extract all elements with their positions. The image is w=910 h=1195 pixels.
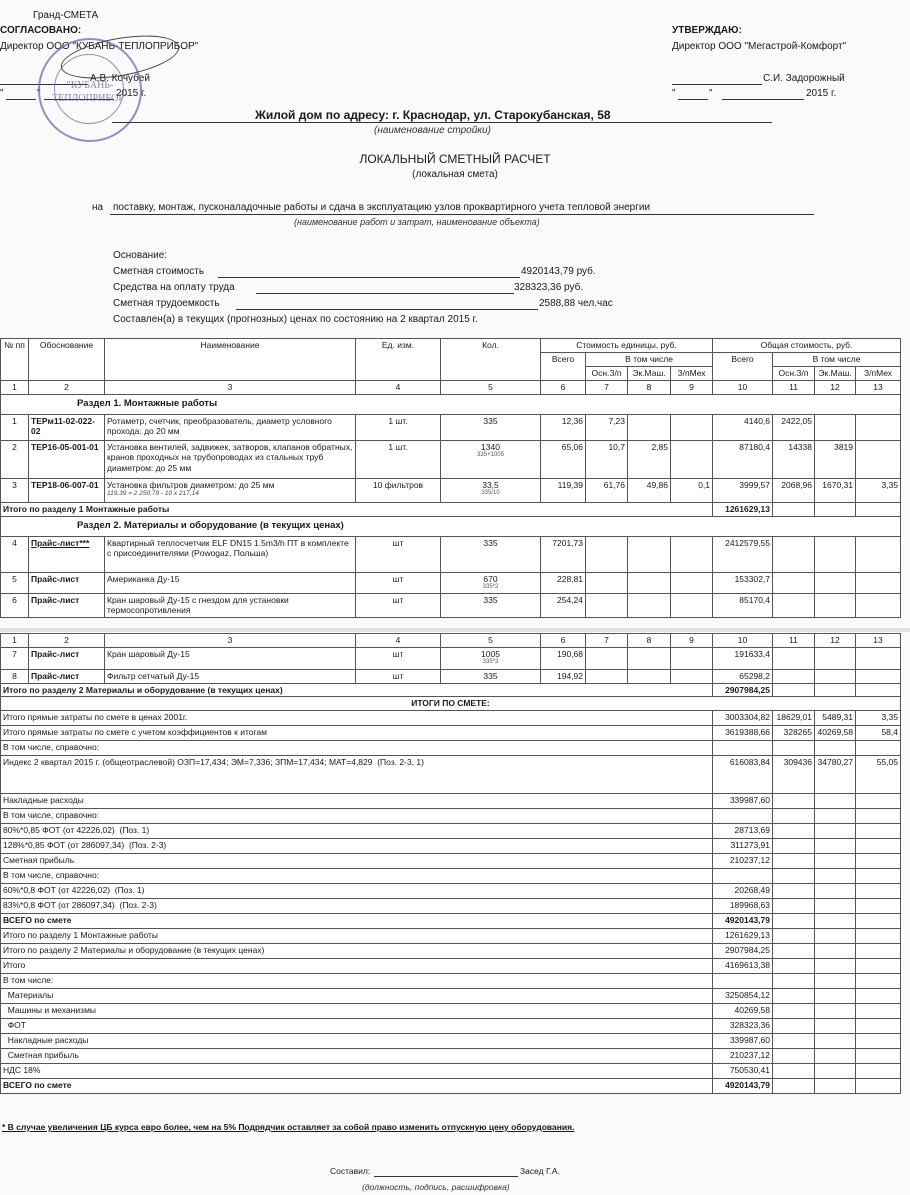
summary-c12 <box>815 899 856 914</box>
row-unit: шт <box>356 536 441 572</box>
summary-c10: 616083,84 <box>713 756 773 794</box>
row-qty-formula: 335*3 <box>443 659 538 667</box>
prices-note: Составлен(а) в текущих (прогнозных) цена… <box>113 314 478 325</box>
row-c6: 190,68 <box>541 647 586 669</box>
row-name: Установка вентилей, задвижек, затворов, … <box>105 440 356 478</box>
header-total-ek-mash: Эк.Маш. <box>815 367 856 381</box>
summary-c13 <box>856 1064 901 1079</box>
summary-c10: 189968,63 <box>713 899 773 914</box>
summary-c11 <box>773 839 815 854</box>
summary-row: ВСЕГО по смете4920143,79 <box>1 914 901 929</box>
column-number: 12 <box>815 634 856 648</box>
row-c12: 3819 <box>815 440 856 478</box>
summary-c12: 34780,27 <box>815 756 856 794</box>
row-qty-value: 335 <box>483 416 497 426</box>
summary-title: ИТОГИ ПО СМЕТЕ: <box>1 697 901 711</box>
agreed-date-quote-open: " <box>0 88 4 99</box>
summary-c12 <box>815 884 856 899</box>
header-total-cost: Общая стоимость, руб. <box>713 339 901 353</box>
stamp-text-line-2: ТЕПЛОПРИБОР" <box>48 93 132 104</box>
labor-label: Сметная трудоемкость <box>113 298 220 309</box>
section-2-total-row: Итого по разделу 2 Материалы и оборудова… <box>1 683 901 697</box>
approve-signature-line <box>672 84 762 85</box>
summary-c13 <box>856 854 901 869</box>
section-2-total-value: 2907984,25 <box>713 683 773 697</box>
row-qty-value: 335 <box>483 595 497 605</box>
column-number: 7 <box>586 634 628 648</box>
summary-c12 <box>815 869 856 884</box>
summary-c12 <box>815 839 856 854</box>
summary-label: Сметная прибыль <box>1 1049 713 1064</box>
empty-cell <box>773 536 815 572</box>
work-prefix: на <box>92 202 103 213</box>
labor-value: 2588,88 чел.час <box>539 298 613 309</box>
row-c6: 194,92 <box>541 669 586 683</box>
summary-row: Индекс 2 квартал 2015 г. (общеотраслевой… <box>1 756 901 794</box>
summary-c13 <box>856 884 901 899</box>
summary-c11 <box>773 884 815 899</box>
row-c10: 2412579,55 <box>713 536 773 572</box>
empty-cell <box>856 572 901 593</box>
row-c13: 3,35 <box>856 478 901 502</box>
row-qty: 33,5335/10 <box>441 478 541 502</box>
summary-c11 <box>773 869 815 884</box>
column-number: 9 <box>671 381 713 395</box>
empty-cell <box>856 593 901 617</box>
estimate-table-page-1: № пп Обоснование Наименование Ед. изм. К… <box>0 338 901 618</box>
summary-c11 <box>773 959 815 974</box>
summary-c10: 4169613,38 <box>713 959 773 974</box>
header-total-total: Всего <box>713 353 773 381</box>
summary-c11 <box>773 809 815 824</box>
summary-label: 60%*0,8 ФОТ (от 42226,02) (Поз. 1) <box>1 884 713 899</box>
header-name: Наименование <box>105 339 356 381</box>
column-number: 2 <box>29 381 105 395</box>
column-number: 5 <box>441 381 541 395</box>
row-unit: шт <box>356 572 441 593</box>
summary-c13 <box>856 974 901 989</box>
summary-c10 <box>713 809 773 824</box>
summary-c11 <box>773 854 815 869</box>
header-unit-cost: Стоимость единицы, руб. <box>541 339 713 353</box>
summary-c12 <box>815 1004 856 1019</box>
summary-row: Итого прямые затраты по смете с учетом к… <box>1 726 901 741</box>
summary-c12 <box>815 929 856 944</box>
row-qty: 335 <box>441 414 541 440</box>
column-number: 1 <box>1 381 29 395</box>
summary-label: Машины и механизмы <box>1 1004 713 1019</box>
summary-label: Итого по разделу 2 Материалы и оборудова… <box>1 944 713 959</box>
summary-c11 <box>773 1064 815 1079</box>
empty-cell <box>815 536 856 572</box>
row-c10: 87180,4 <box>713 440 773 478</box>
row-c9 <box>671 414 713 440</box>
empty-cell <box>586 669 628 683</box>
summary-c10: 40269,58 <box>713 1004 773 1019</box>
empty-cell <box>773 593 815 617</box>
summary-row: Накладные расходы339987,60 <box>1 794 901 809</box>
empty-cell <box>586 572 628 593</box>
empty-cell <box>586 536 628 572</box>
summary-label: 128%*0,85 ФОТ (от 286097,34) (Поз. 2-3) <box>1 839 713 854</box>
summary-c12: 40269,58 <box>815 726 856 741</box>
row-qty-formula: 335*2 <box>443 584 538 592</box>
summary-label: Итого прямые затраты по смете в ценах 20… <box>1 711 713 726</box>
column-number: 1 <box>1 634 29 648</box>
work-name-line <box>110 214 814 215</box>
summary-c11 <box>773 1019 815 1034</box>
header-unit-osn-zp: Осн.З/п <box>586 367 628 381</box>
approve-day-line <box>678 99 708 100</box>
row-c10: 85170,4 <box>713 593 773 617</box>
summary-c11 <box>773 929 815 944</box>
summary-label: Итого прямые затраты по смете с учетом к… <box>1 726 713 741</box>
summary-row: Материалы3250854,12 <box>1 989 901 1004</box>
row-c7: 10,7 <box>586 440 628 478</box>
row-basis: ТЕР18-06-007-01 <box>29 478 105 502</box>
row-qty: 1340335+1005 <box>441 440 541 478</box>
summary-c13 <box>856 1004 901 1019</box>
column-number: 2 <box>29 634 105 648</box>
section-1-total-row: Итого по разделу 1 Монтажные работы12616… <box>1 502 901 516</box>
empty-cell <box>628 572 671 593</box>
approve-label: УТВЕРЖДАЮ: <box>672 25 742 36</box>
empty-cell <box>628 593 671 617</box>
compiled-label: Составил: <box>330 1166 370 1176</box>
empty-cell <box>773 683 815 697</box>
summary-c11 <box>773 741 815 756</box>
row-qty-value: 1005 <box>481 649 500 659</box>
row-num: 2 <box>1 440 29 478</box>
object-address-caption: (наименование стройки) <box>374 125 491 136</box>
summary-c13 <box>856 1049 901 1064</box>
summary-c10: 750530,41 <box>713 1064 773 1079</box>
row-num: 1 <box>1 414 29 440</box>
empty-cell <box>586 647 628 669</box>
summary-c10: 4920143,79 <box>713 1079 773 1094</box>
table-row: 4Прайс-лист***Квартирный теплосчетчик EL… <box>1 536 901 572</box>
row-name-text: Установка фильтров диаметром: до 25 мм <box>107 480 274 490</box>
section-2-title: Раздел 2. Материалы и оборудование (в те… <box>1 516 901 536</box>
table-row: 5Прайс-листАмериканка Ду-15шт670335*2228… <box>1 572 901 593</box>
row-c11: 14338 <box>773 440 815 478</box>
summary-c10 <box>713 869 773 884</box>
column-number: 8 <box>628 634 671 648</box>
row-name-text: Установка вентилей, задвижек, затворов, … <box>107 442 352 473</box>
summary-c12 <box>815 1079 856 1094</box>
estimated-cost-line <box>218 277 520 278</box>
row-c6: 7201,73 <box>541 536 586 572</box>
summary-c13 <box>856 914 901 929</box>
summary-c13 <box>856 809 901 824</box>
header-qty: Кол. <box>441 339 541 381</box>
summary-c13 <box>856 741 901 756</box>
column-number: 6 <box>541 381 586 395</box>
summary-c12: 5489,31 <box>815 711 856 726</box>
row-qty: 1005335*3 <box>441 647 541 669</box>
work-caption: (наименование работ и затрат, наименован… <box>294 217 540 227</box>
row-unit: шт <box>356 647 441 669</box>
summary-label: Накладные расходы <box>1 794 713 809</box>
summary-label: Сметная прибыль <box>1 854 713 869</box>
summary-row: 128%*0,85 ФОТ (от 286097,34) (Поз. 2-3)3… <box>1 839 901 854</box>
summary-c12 <box>815 1019 856 1034</box>
approve-month-line <box>722 99 804 100</box>
empty-cell <box>815 593 856 617</box>
row-name: Фильтр сетчатый Ду-15 <box>105 669 356 683</box>
column-numbers-row-2: 12345678910111213 <box>1 634 901 648</box>
header-unit: Ед. изм. <box>356 339 441 381</box>
section-1-title: Раздел 1. Монтажные работы <box>1 394 901 414</box>
summary-label: Итого по разделу 1 Монтажные работы <box>1 929 713 944</box>
column-number: 10 <box>713 634 773 648</box>
row-c10: 3999,57 <box>713 478 773 502</box>
estimated-cost-label: Сметная стоимость <box>113 266 204 277</box>
summary-label: В том числе: <box>1 974 713 989</box>
summary-c10: 328323,36 <box>713 1019 773 1034</box>
summary-c13 <box>856 839 901 854</box>
column-number: 4 <box>356 634 441 648</box>
row-name: Кран шаровый Ду-15 с гнездом для установ… <box>105 593 356 617</box>
empty-cell <box>815 502 856 516</box>
row-qty: 335 <box>441 593 541 617</box>
object-address: Жилой дом по адресу: г. Краснодар, ул. С… <box>255 108 611 122</box>
row-c12 <box>815 414 856 440</box>
header-unit-zp-mex: З/пМех <box>671 367 713 381</box>
column-number: 10 <box>713 381 773 395</box>
row-num: 8 <box>1 669 29 683</box>
summary-c10: 339987,60 <box>713 794 773 809</box>
footnote: * В случае увеличения ЦБ курса евро боле… <box>2 1122 574 1132</box>
row-num: 4 <box>1 536 29 572</box>
row-c6: 12,36 <box>541 414 586 440</box>
empty-cell <box>815 572 856 593</box>
summary-row: 60%*0,8 ФОТ (от 42226,02) (Поз. 1)20268,… <box>1 884 901 899</box>
row-basis: Прайс-лист <box>29 572 105 593</box>
empty-cell <box>856 502 901 516</box>
summary-label: Итого <box>1 959 713 974</box>
empty-cell <box>856 683 901 697</box>
summary-label: 83%*0,8 ФОТ (от 286097,34) (Поз. 2-3) <box>1 899 713 914</box>
row-qty-value: 335 <box>483 671 497 681</box>
empty-cell <box>773 647 815 669</box>
row-basis: Прайс-лист*** <box>29 536 105 572</box>
row-basis: ТЕР16-05-001-01 <box>29 440 105 478</box>
row-basis: Прайс-лист <box>29 647 105 669</box>
summary-c11: 328265 <box>773 726 815 741</box>
empty-cell <box>671 669 713 683</box>
summary-c13 <box>856 869 901 884</box>
row-unit: 1 шт. <box>356 414 441 440</box>
row-unit: 1 шт. <box>356 440 441 478</box>
column-number: 8 <box>628 381 671 395</box>
summary-label: В том числе, справочно: <box>1 741 713 756</box>
summary-c10: 3619388,66 <box>713 726 773 741</box>
summary-row: В том числе, справочно: <box>1 741 901 756</box>
row-unit: 10 фильтров <box>356 478 441 502</box>
summary-label: ВСЕГО по смете <box>1 1079 713 1094</box>
row-qty-formula: 335+1005 <box>443 452 538 460</box>
document-subtitle: (локальная смета) <box>0 169 910 180</box>
column-number: 11 <box>773 634 815 648</box>
summary-c13 <box>856 944 901 959</box>
empty-cell <box>671 572 713 593</box>
summary-c12 <box>815 989 856 1004</box>
stamp-text-line-1: "КУБАНЬ- <box>48 80 132 91</box>
basis-label: Основание: <box>113 250 167 261</box>
row-num: 3 <box>1 478 29 502</box>
row-name: Ротаметр, счетчик, преобразователь, диам… <box>105 414 356 440</box>
summary-c10: 210237,12 <box>713 854 773 869</box>
empty-cell <box>628 669 671 683</box>
summary-c12 <box>815 854 856 869</box>
summary-c12 <box>815 741 856 756</box>
summary-c13 <box>856 1079 901 1094</box>
table-row: 7Прайс-листКран шаровый Ду-15шт1005335*3… <box>1 647 901 669</box>
empty-cell <box>671 647 713 669</box>
header-unit-ek-mash: Эк.Маш. <box>628 367 671 381</box>
row-qty-formula: 335/10 <box>443 490 538 498</box>
summary-c10: 3003304,82 <box>713 711 773 726</box>
summary-c12 <box>815 1064 856 1079</box>
empty-cell <box>586 593 628 617</box>
summary-row: Сметная прибыль210237,12 <box>1 1049 901 1064</box>
summary-c13 <box>856 824 901 839</box>
summary-c10 <box>713 974 773 989</box>
summary-c12 <box>815 824 856 839</box>
row-c10: 4140,6 <box>713 414 773 440</box>
summary-c11 <box>773 989 815 1004</box>
summary-c10: 339987,60 <box>713 1034 773 1049</box>
header-total-incl: В том числе <box>773 353 901 367</box>
column-number: 7 <box>586 381 628 395</box>
summary-row: Итого4169613,38 <box>1 959 901 974</box>
summary-c11 <box>773 914 815 929</box>
summary-label: Накладные расходы <box>1 1034 713 1049</box>
section-2-total-label: Итого по разделу 2 Материалы и оборудова… <box>1 683 713 697</box>
section-1-total-value: 1261629,13 <box>713 502 773 516</box>
wages-line <box>256 293 514 294</box>
row-basis: Прайс-лист <box>29 669 105 683</box>
summary-c11 <box>773 944 815 959</box>
summary-c13 <box>856 929 901 944</box>
row-c8: 2,85 <box>628 440 671 478</box>
row-basis: ТЕРм11-02-022-02 <box>29 414 105 440</box>
row-name-text: Ротаметр, счетчик, преобразователь, диам… <box>107 416 332 437</box>
row-c12: 1670,31 <box>815 478 856 502</box>
column-number: 9 <box>671 634 713 648</box>
summary-c12 <box>815 914 856 929</box>
empty-cell <box>628 536 671 572</box>
summary-c11 <box>773 794 815 809</box>
summary-label: В том числе, справочно: <box>1 869 713 884</box>
row-c7: 61,76 <box>586 478 628 502</box>
summary-row: В том числе, справочно: <box>1 809 901 824</box>
summary-c13: 58,4 <box>856 726 901 741</box>
row-c6: 228,81 <box>541 572 586 593</box>
summary-label: Материалы <box>1 989 713 1004</box>
compiled-caption: (должность, подпись, расшифровка) <box>362 1182 510 1192</box>
summary-label: Индекс 2 квартал 2015 г. (общеотраслевой… <box>1 756 713 794</box>
empty-cell <box>773 669 815 683</box>
empty-cell <box>628 647 671 669</box>
row-c9 <box>671 440 713 478</box>
summary-c11 <box>773 1049 815 1064</box>
row-c13 <box>856 414 901 440</box>
row-num: 5 <box>1 572 29 593</box>
row-unit: шт <box>356 593 441 617</box>
row-qty-value: 1340 <box>481 442 500 452</box>
row-name: Квартирный теплосчетчик ELF DN15 1.5m3/h… <box>105 536 356 572</box>
summary-c10: 3250854,12 <box>713 989 773 1004</box>
summary-c10: 20268,49 <box>713 884 773 899</box>
row-unit: шт <box>356 669 441 683</box>
summary-c13 <box>856 989 901 1004</box>
column-number: 5 <box>441 634 541 648</box>
row-basis: Прайс-лист <box>29 593 105 617</box>
row-formula: 119,39 = 2 250,79 - 10 x 217,14 <box>107 490 353 498</box>
summary-c11 <box>773 899 815 914</box>
summary-c13 <box>856 1019 901 1034</box>
empty-cell <box>773 572 815 593</box>
row-c11: 2068,96 <box>773 478 815 502</box>
column-number: 13 <box>856 381 901 395</box>
section-1-total-label: Итого по разделу 1 Монтажные работы <box>1 502 713 516</box>
table-row: 1ТЕРм11-02-022-02Ротаметр, счетчик, прео… <box>1 414 901 440</box>
summary-c11 <box>773 824 815 839</box>
summary-c10 <box>713 741 773 756</box>
header-unit-total: Всего <box>541 353 586 381</box>
summary-c11 <box>773 1079 815 1094</box>
column-number: 4 <box>356 381 441 395</box>
row-c7: 7,23 <box>586 414 628 440</box>
summary-row: В том числе: <box>1 974 901 989</box>
summary-c13: 3,35 <box>856 711 901 726</box>
program-name: Гранд-СМЕТА <box>33 10 98 21</box>
summary-row: В том числе, справочно: <box>1 869 901 884</box>
summary-label: 80%*0,85 ФОТ (от 42226,02) (Поз. 1) <box>1 824 713 839</box>
column-number: 3 <box>105 634 356 648</box>
summary-c10: 28713,69 <box>713 824 773 839</box>
summary-row: Итого по разделу 2 Материалы и оборудова… <box>1 944 901 959</box>
summary-row: 83%*0,8 ФОТ (от 286097,34) (Поз. 2-3)189… <box>1 899 901 914</box>
labor-line <box>236 309 538 310</box>
approve-date-quote-close: " <box>709 88 713 99</box>
summary-c13 <box>856 1034 901 1049</box>
row-qty-value: 33,5 <box>482 480 499 490</box>
summary-c12 <box>815 809 856 824</box>
table-row: 3ТЕР18-06-007-01Установка фильтров диаме… <box>1 478 901 502</box>
summary-label: ВСЕГО по смете <box>1 914 713 929</box>
row-name: Кран шаровый Ду-15 <box>105 647 356 669</box>
row-num: 6 <box>1 593 29 617</box>
summary-label: НДС 18% <box>1 1064 713 1079</box>
column-number: 11 <box>773 381 815 395</box>
summary-c10: 210237,12 <box>713 1049 773 1064</box>
column-numbers-row: 12345678910111213 <box>1 381 901 395</box>
row-name: Установка фильтров диаметром: до 25 мм11… <box>105 478 356 502</box>
column-number: 13 <box>856 634 901 648</box>
header-total-zp-mex: З/пМех <box>856 367 901 381</box>
summary-row: Машины и механизмы40269,58 <box>1 1004 901 1019</box>
summary-c12 <box>815 1049 856 1064</box>
document-title: ЛОКАЛЬНЫЙ СМЕТНЫЙ РАСЧЕТ <box>0 152 910 166</box>
summary-c10: 2907984,25 <box>713 944 773 959</box>
summary-row: ВСЕГО по смете4920143,79 <box>1 1079 901 1094</box>
summary-c11 <box>773 974 815 989</box>
object-address-line <box>112 122 772 123</box>
row-qty-value: 670 <box>483 574 497 584</box>
